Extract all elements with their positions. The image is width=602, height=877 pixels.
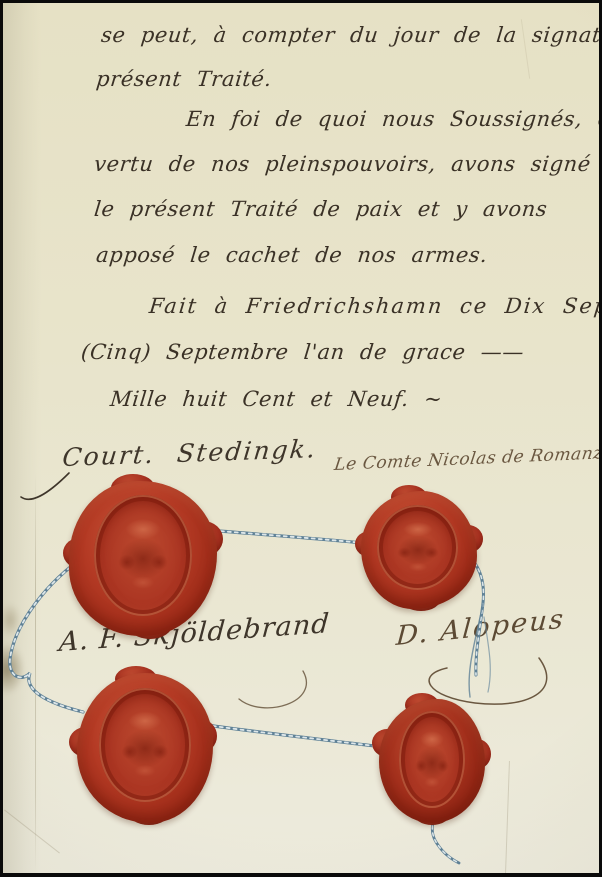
manuscript-line: vertu de nos pleinspouvoirs, avons signé bbox=[93, 152, 592, 176]
manuscript-line: En foi de quoi nous Soussignés, en bbox=[185, 107, 599, 131]
manuscript-line: apposé le cachet de nos armes. bbox=[95, 243, 489, 267]
page-edge-crease bbox=[35, 473, 36, 873]
wax-seal-bottom-right bbox=[379, 699, 485, 823]
manuscript-line: se peut, à compter du jour de la signatu… bbox=[100, 23, 599, 47]
page-edge-shading bbox=[3, 3, 43, 873]
alopeus-flourish-ink bbox=[429, 658, 547, 704]
seal-medallion bbox=[399, 711, 465, 808]
seal-coat-of-arms bbox=[110, 702, 180, 789]
seal-medallion bbox=[94, 495, 192, 616]
page-frame: se peut, à compter du jour de la signatu… bbox=[0, 0, 602, 877]
seal-cord-top bbox=[207, 530, 373, 544]
skjoldebrand-flourish-ink bbox=[239, 671, 306, 708]
seal-coat-of-arms bbox=[407, 723, 457, 797]
seal-medallion bbox=[99, 688, 191, 802]
seal-cord-bottom bbox=[199, 724, 391, 748]
wax-seal-top-right bbox=[361, 491, 477, 609]
signature-romanzoff: Le Comte Nicolas de Romanzoff bbox=[333, 442, 599, 475]
seal-medallion bbox=[377, 505, 458, 590]
paper-crease bbox=[505, 761, 510, 873]
manuscript-line: présent Traité. bbox=[95, 67, 273, 91]
wax-seal-top-left bbox=[69, 481, 217, 636]
signature-stedingk: Court. Stedingk. bbox=[61, 434, 318, 472]
seal-coat-of-arms bbox=[387, 515, 449, 580]
manuscript-line: Fait à Friedrichshamn ce Dix Sept bbox=[148, 294, 599, 318]
manuscript-line: (Cinq) Septembre l'an de grace —— bbox=[80, 340, 525, 364]
manuscript-line: Mille huit Cent et Neuf. ~ bbox=[109, 387, 444, 411]
seal-coat-of-arms bbox=[106, 509, 180, 601]
manuscript-paper: se peut, à compter du jour de la signatu… bbox=[3, 3, 599, 873]
wax-seal-bottom-left bbox=[77, 673, 213, 823]
manuscript-line: le présent Traité de paix et y avons bbox=[93, 197, 549, 221]
